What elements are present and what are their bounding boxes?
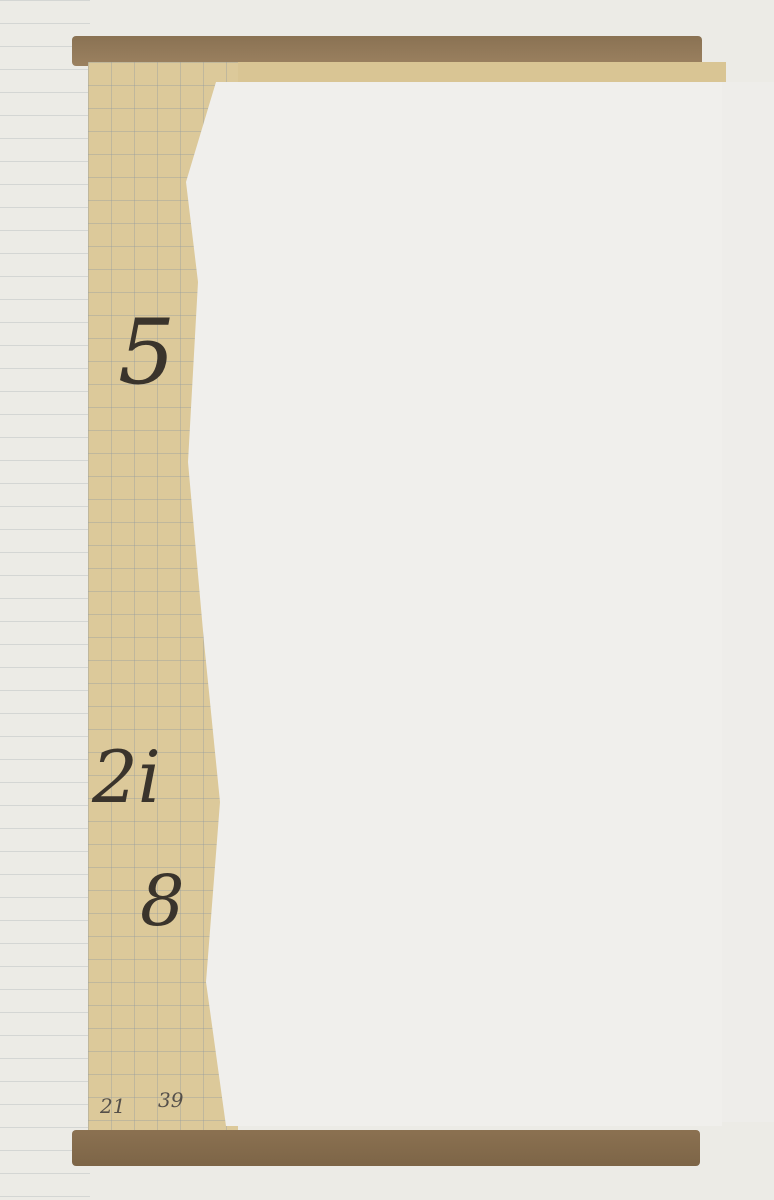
left-page <box>0 0 90 1200</box>
page-number-right: 39 <box>158 1088 183 1112</box>
handwriting-mark: 8 <box>140 860 185 942</box>
notebook-cover-bottom <box>72 1130 700 1166</box>
background-margin <box>722 82 774 1122</box>
page-number-left: 21 <box>100 1094 125 1118</box>
handwriting-mark: 5 <box>118 300 175 405</box>
blank-white-sheet <box>186 82 722 1126</box>
handwriting-mark: 2i <box>92 735 161 819</box>
